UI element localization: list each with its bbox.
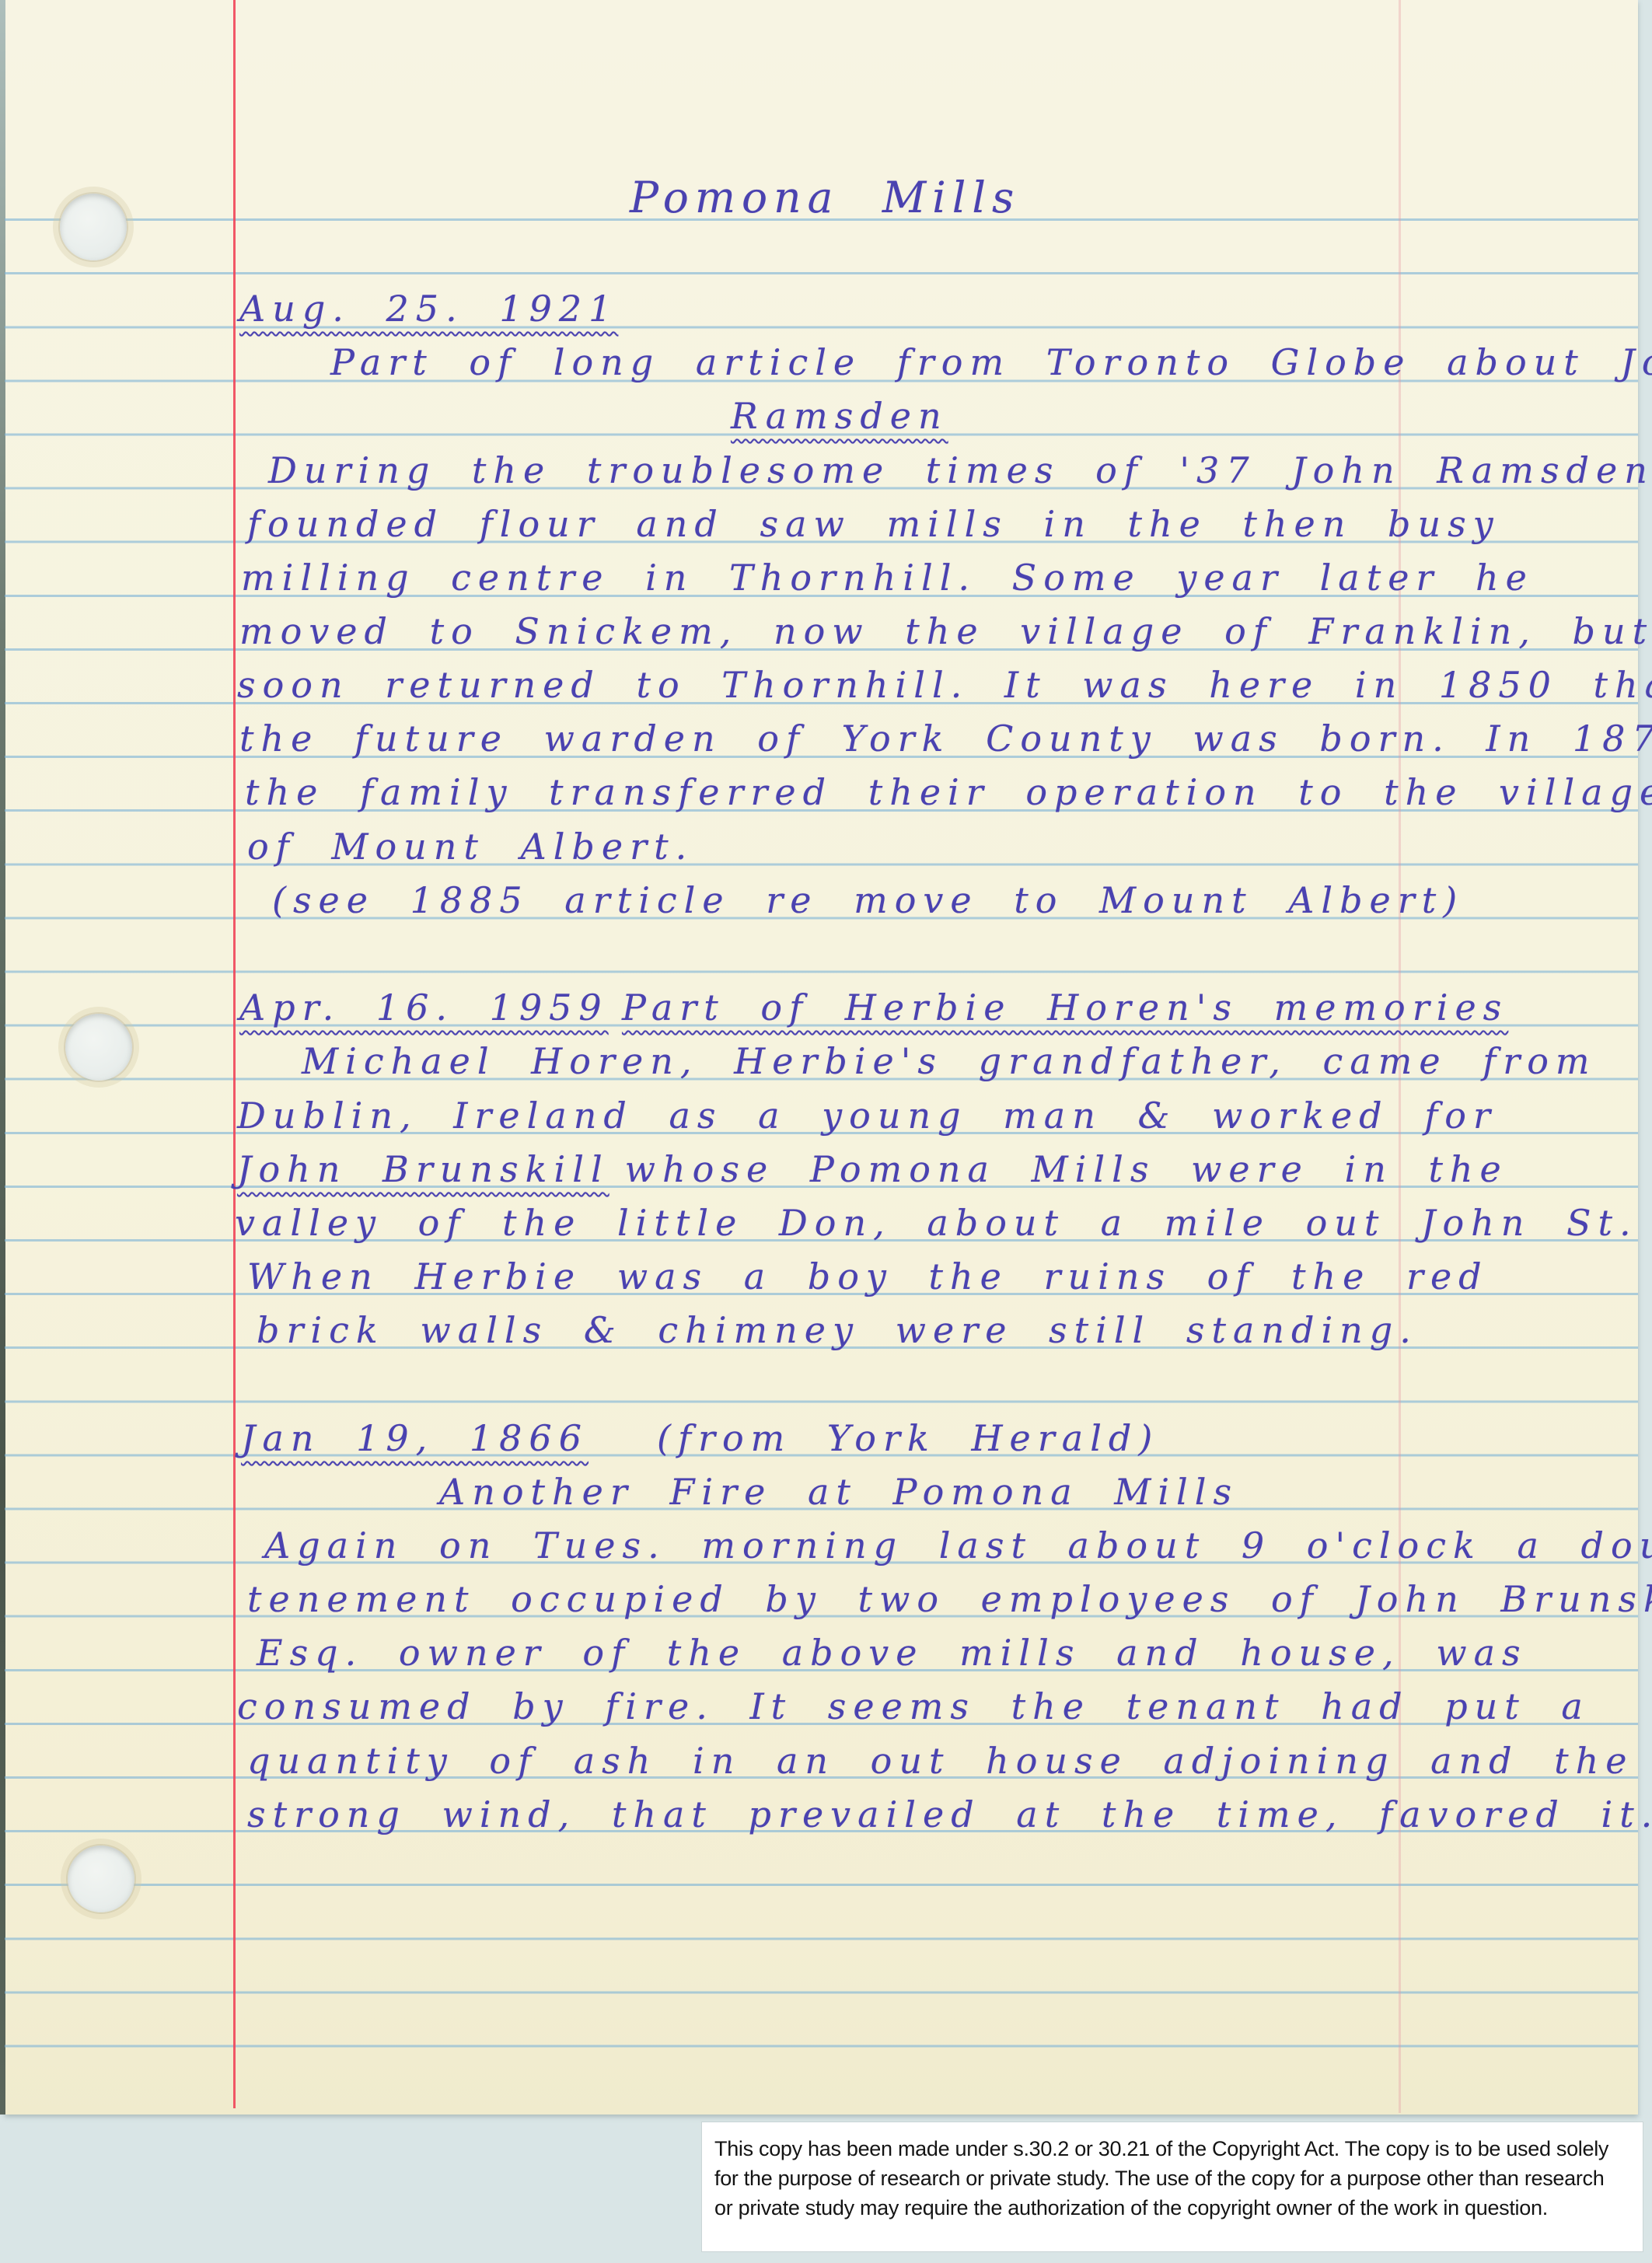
entry-2-body-line: When Herbie was a boy the ruins of the r… bbox=[247, 1259, 1489, 1294]
entry-1-body-line: of Mount Albert. bbox=[247, 829, 693, 864]
entry-2-body-line: John Brunskillwhose Pomona Mills were in… bbox=[237, 1151, 1508, 1187]
entry-2-body-line: Michael Horen, Herbie's grandfather, cam… bbox=[302, 1043, 1597, 1079]
entry-2-body-line: brick walls & chimney were still standin… bbox=[257, 1312, 1418, 1348]
entry-2-date: Apr. 16. 1959 bbox=[239, 990, 609, 1025]
entry-3-source: (from York Herald) bbox=[657, 1420, 1159, 1456]
entry-1-body-line: milling centre in Thornhill. Some year l… bbox=[241, 560, 1534, 595]
entry-2-body-line: Dublin, Ireland as a young man & worked … bbox=[237, 1098, 1497, 1133]
copyright-notice: This copy has been made under s.30.2 or … bbox=[702, 2122, 1643, 2251]
entry-2-underlined-name: John Brunskill bbox=[237, 1148, 609, 1190]
entry-3-body-line: strong wind, that prevailed at the time,… bbox=[247, 1797, 1652, 1832]
entry-2-body-line-rest: whose Pomona Mills were in the bbox=[625, 1148, 1508, 1190]
entry-3-body-line: Esq. owner of the above mills and house,… bbox=[257, 1635, 1528, 1671]
entry-1-body-line: During the troublesome times of '37 John… bbox=[268, 452, 1652, 488]
entry-3-body-line: Again on Tues. morning last about 9 o'cl… bbox=[264, 1528, 1652, 1563]
margin-line bbox=[233, 0, 236, 2108]
page-title: Pomona Mills bbox=[630, 176, 1020, 219]
entry-1-body-line: the family transferred their operation t… bbox=[245, 774, 1652, 810]
copyright-line: for the purpose of research or private s… bbox=[714, 2163, 1630, 2193]
entry-1-body-line: soon returned to Thornhill. It was here … bbox=[237, 667, 1652, 703]
hole-punch-middle bbox=[65, 1014, 132, 1081]
entry-2-body-line: valley of the little Don, about a mile o… bbox=[235, 1205, 1638, 1241]
copyright-line: or private study may require the authori… bbox=[714, 2193, 1630, 2223]
scanned-notebook-page: Pomona Mills Aug. 25. 1921 Part of long … bbox=[0, 0, 1652, 2263]
entry-2-heading: Part of Herbie Horen's memories bbox=[622, 990, 1508, 1025]
entry-3-date: Jan 19, 1866 bbox=[241, 1420, 589, 1456]
entry-3-headline: Another Fire at Pomona Mills bbox=[439, 1474, 1238, 1510]
entry-1-body-line: the future warden of York County was bor… bbox=[239, 721, 1652, 756]
entry-1-body-line: moved to Snickem, now the village of Fra… bbox=[239, 613, 1652, 649]
entry-1-body-line: founded flour and saw mills in the then … bbox=[247, 506, 1500, 542]
entry-3-body-line: quantity of ash in an out house adjoinin… bbox=[247, 1743, 1634, 1779]
entry-1-subject-name: Ramsden bbox=[731, 398, 948, 434]
hole-punch-top bbox=[60, 194, 127, 260]
entry-1-date: Aug. 25. 1921 bbox=[239, 291, 618, 327]
entry-1-note: (see 1885 article re move to Mount Alber… bbox=[272, 882, 1464, 918]
hole-punch-bottom bbox=[68, 1846, 134, 1912]
entry-3-body-line: consumed by fire. It seems the tenant ha… bbox=[237, 1689, 1590, 1724]
entry-3-body-line: tenement occupied by two employees of Jo… bbox=[247, 1581, 1652, 1617]
entry-1-heading: Part of long article from Toronto Globe … bbox=[330, 344, 1652, 380]
copyright-line: This copy has been made under s.30.2 or … bbox=[714, 2134, 1630, 2163]
